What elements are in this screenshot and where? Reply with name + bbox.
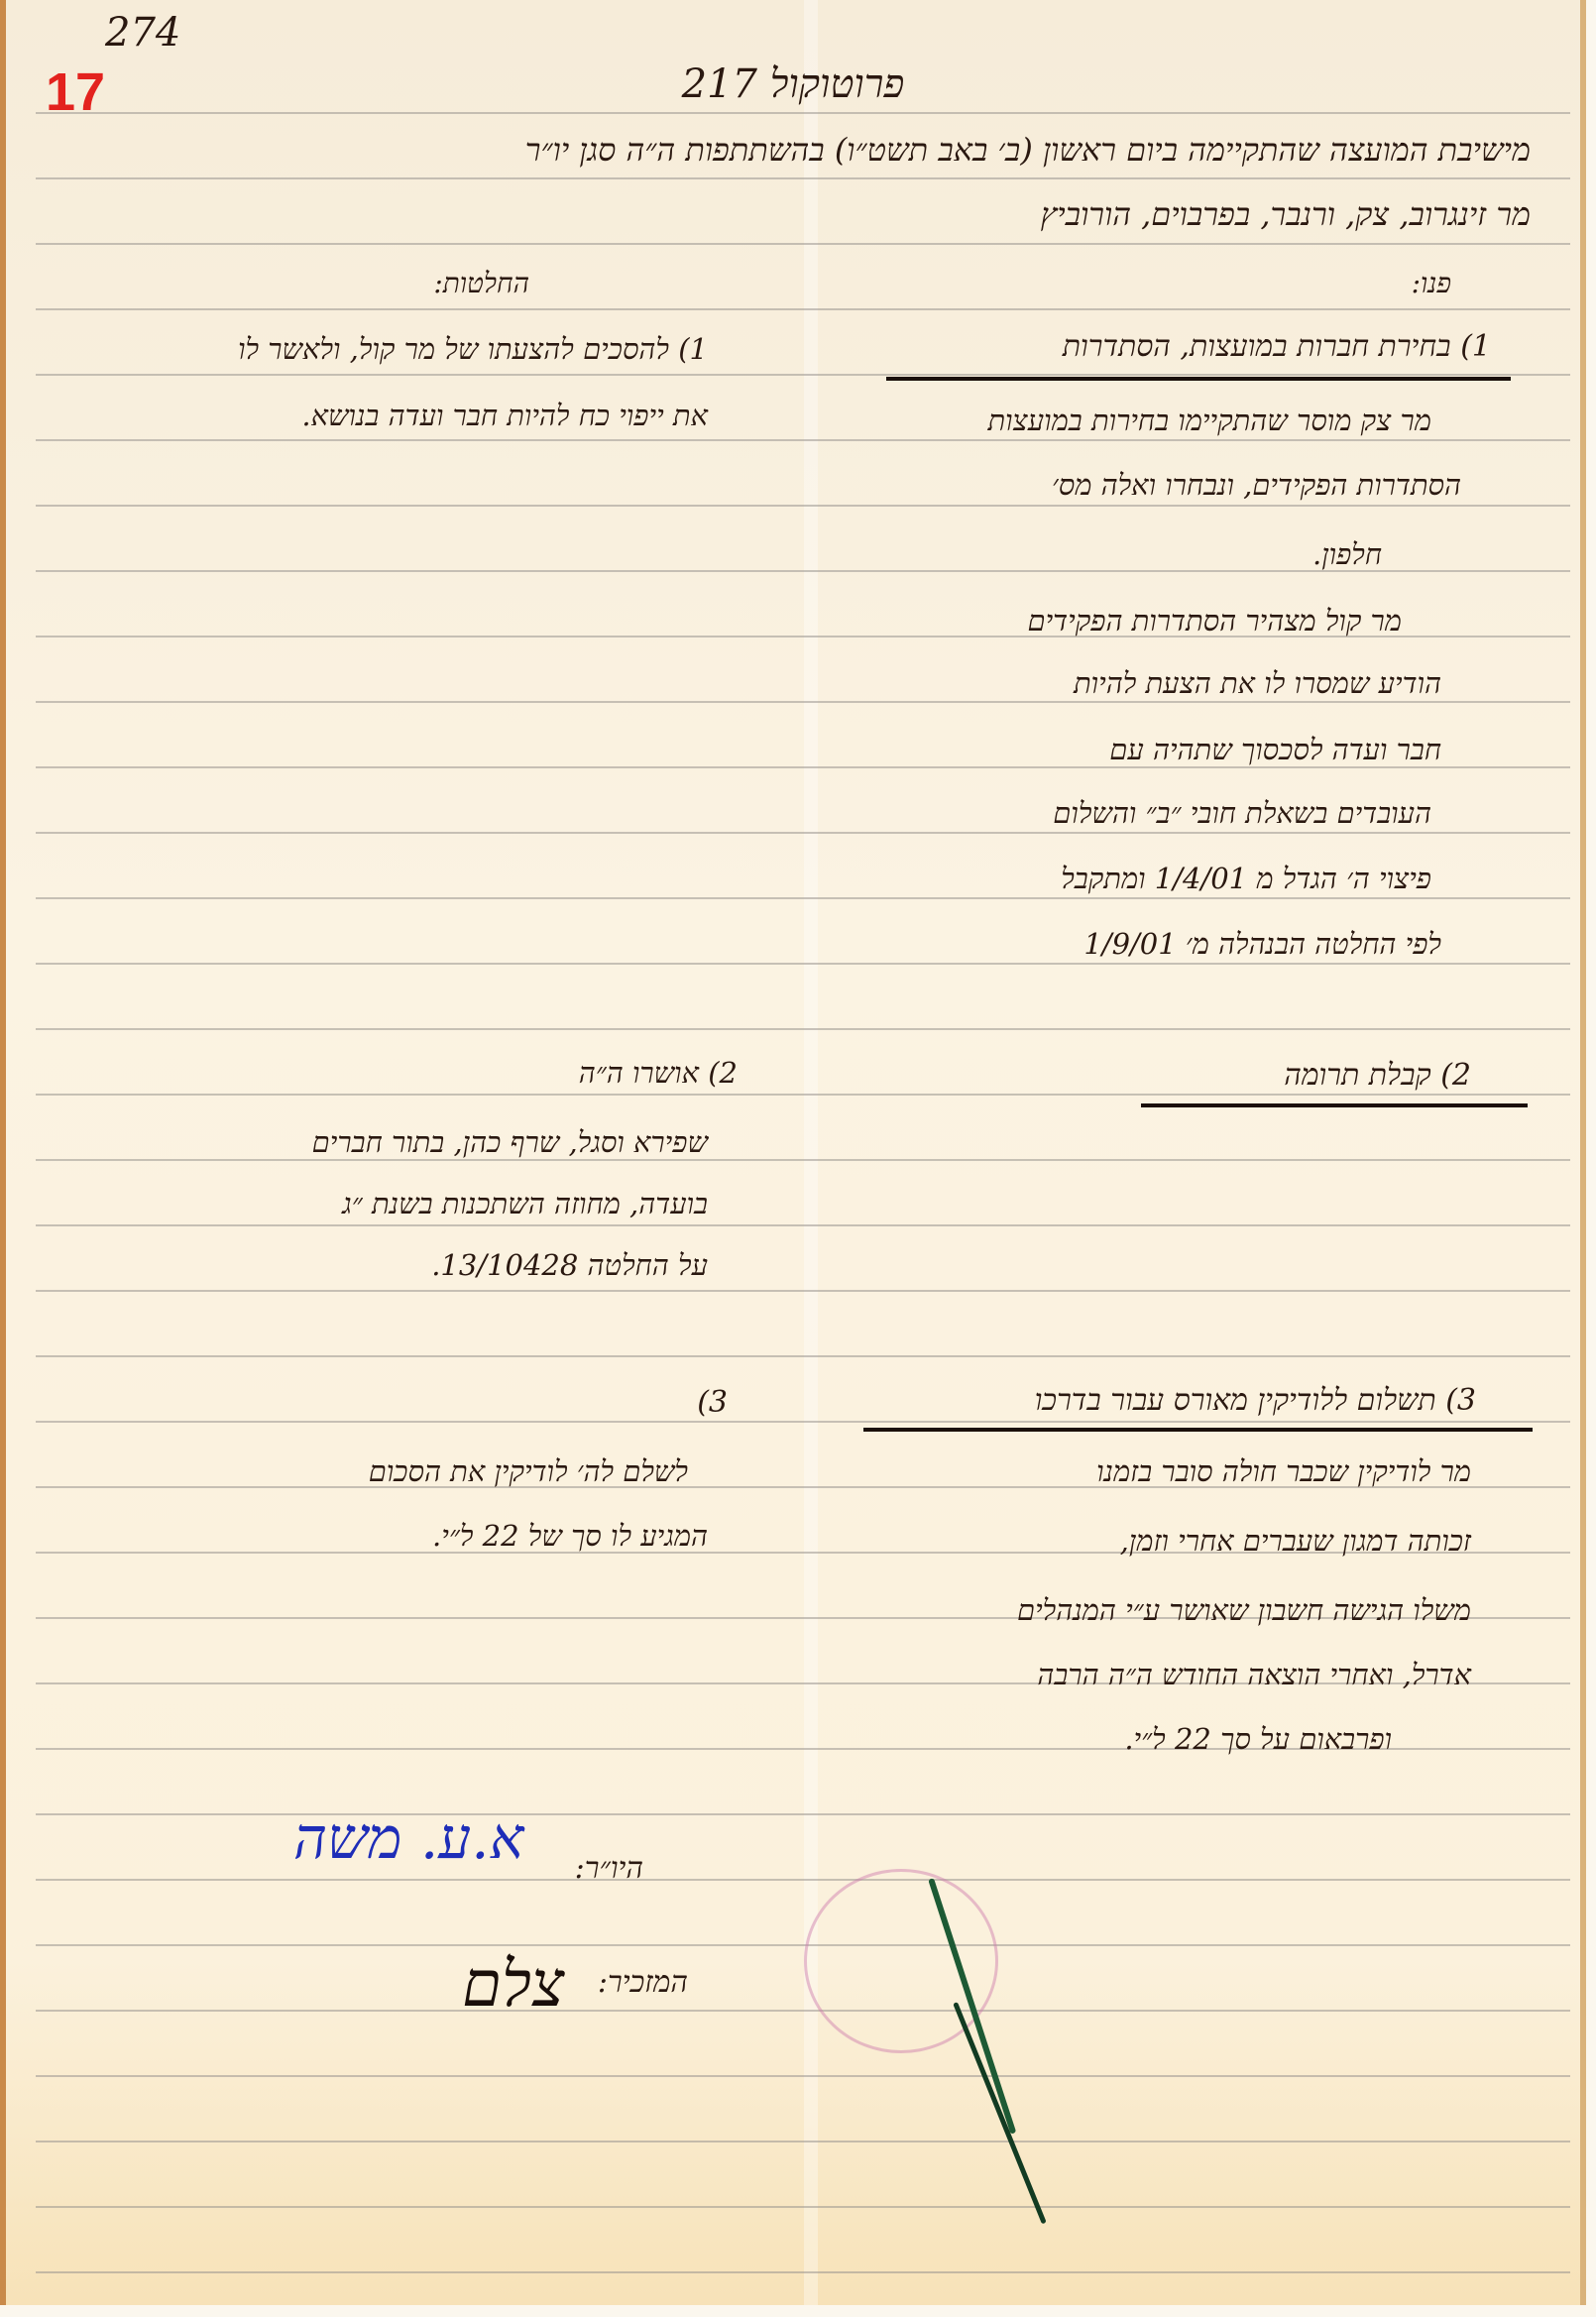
ruled-line bbox=[36, 832, 1570, 834]
protocol-title: פרוטוקול 217 bbox=[6, 64, 1580, 104]
decision-2-line: שפירא וסגל, שרף כהן, בתור חברים bbox=[312, 1128, 708, 1157]
discussion-1-line: מר צק מוסר שהתקיימו בחירות במועצות bbox=[987, 406, 1431, 435]
agenda-label: פנו: bbox=[1412, 270, 1451, 297]
discussion-1-line: הסתדרות הפקידים, ונבחרו ואלה מס׳ bbox=[1052, 471, 1461, 500]
discussion-3-line: משלו הגישה חשבון שאושר ע״י המנהלים bbox=[1017, 1596, 1471, 1625]
ruled-line bbox=[36, 1028, 1570, 1030]
heading-underline bbox=[1141, 1103, 1528, 1107]
chair-signature: א.ע. משה bbox=[293, 1804, 523, 1872]
discussion-1-line: לפי החלטה הבנהלה מ׳ 1/9/01 bbox=[1083, 930, 1441, 959]
discussion-3-heading: 3) תשלום ללודיקין מאורס עבור בדרכו bbox=[1035, 1386, 1476, 1416]
header-line-2: מר זינגרוב, צק, ורנבר, בפרבוים, הורוביץ bbox=[1041, 198, 1531, 230]
discussion-1-heading: 1) בחירת חברות במועצות, הסתדרות bbox=[1063, 332, 1491, 362]
discussion-1-line: פיצוי ה׳ הגדל מ 1/4/01 ומתקבל bbox=[1061, 865, 1431, 893]
ruled-line bbox=[36, 439, 1570, 441]
ruled-line bbox=[36, 505, 1570, 507]
ruled-line bbox=[36, 308, 1570, 310]
discussion-2-heading: 2) קבלת תרומה bbox=[1284, 1061, 1471, 1091]
discussion-3-line: ופרבאום על סך 22 ל״י. bbox=[1124, 1725, 1392, 1754]
ruled-line bbox=[36, 1944, 1570, 1946]
ruled-line bbox=[36, 1355, 1570, 1357]
ledger-page: 17 274 פרוטוקול 217 מישיבת המועצה שהתקיי… bbox=[0, 0, 1586, 2305]
secretary-signature: צלם bbox=[462, 1948, 564, 2022]
green-signature-stroke bbox=[953, 2002, 1047, 2224]
ruled-line bbox=[36, 2141, 1570, 2143]
secretary-label: המזכיר: bbox=[598, 1968, 688, 1998]
decision-2-line: בועדה, מחוזה השתכנות בשנת ״ג bbox=[342, 1190, 708, 1218]
decision-1: 1) להסכים להצעתו של מר קול, ולאשר לו bbox=[238, 335, 708, 364]
decision-1-line: את ייפוי כח להיות חבר ועדה בנושא. bbox=[301, 402, 708, 430]
discussion-3-line: זכותה דמגון שעברים אחרי וזמן, bbox=[1120, 1527, 1471, 1556]
ruled-line bbox=[36, 177, 1570, 179]
ruled-line bbox=[36, 963, 1570, 965]
ruled-line bbox=[36, 112, 1570, 114]
ruled-line bbox=[36, 243, 1570, 245]
decision-3-line: לשלם לה׳ לודיקין את הסכום bbox=[369, 1457, 688, 1486]
discussion-3-line: מר לודיקין שכבר חולה סובר בזמנו bbox=[1096, 1457, 1471, 1486]
ruled-line bbox=[36, 1290, 1570, 1292]
official-stamp bbox=[804, 1869, 998, 2053]
ruled-line bbox=[36, 2271, 1570, 2273]
decision-3-number: 3) bbox=[697, 1388, 728, 1418]
decision-2-line: על החלטה 13/10428. bbox=[431, 1251, 708, 1280]
discussion-1-line: הודיע שמסרו לו את הצעת להיות bbox=[1074, 669, 1441, 698]
ruled-line bbox=[36, 897, 1570, 899]
discussion-1-line: מר קול מצהיר הסתדרות הפקידים bbox=[1027, 607, 1402, 636]
heading-underline bbox=[863, 1428, 1533, 1432]
discussion-1-line: העובדים בשאלת חובי ״ב״ והשלום bbox=[1053, 799, 1431, 828]
ruled-line bbox=[36, 374, 1570, 376]
header-line-1: מישיבת המועצה שהתקיימה ביום ראשון (ב׳ בא… bbox=[525, 134, 1531, 166]
discussion-3-line: אדרל, ואחרי הוצאה החודש ה״ה הרבה bbox=[1037, 1661, 1471, 1689]
decisions-label: החלטות: bbox=[433, 270, 529, 297]
ruled-line bbox=[36, 1813, 1570, 1815]
ruled-line bbox=[36, 1159, 1570, 1161]
decision-3-line: המגיע לו סך של 22 ל״י. bbox=[432, 1522, 708, 1551]
chair-label: היו״ר: bbox=[575, 1854, 643, 1884]
decision-2: 2) אושרו ה״ה bbox=[579, 1059, 738, 1088]
ruled-line bbox=[36, 1094, 1570, 1096]
ruled-line bbox=[36, 701, 1570, 703]
ruled-line bbox=[36, 2075, 1570, 2077]
ruled-line bbox=[36, 2010, 1570, 2012]
ruled-line bbox=[36, 2206, 1570, 2208]
ruled-line bbox=[36, 1224, 1570, 1226]
discussion-1-line: חבר ועדה לסכסוך שתהיה עם bbox=[1109, 736, 1441, 764]
heading-underline bbox=[886, 377, 1511, 381]
discussion-1-line: חלפון. bbox=[1312, 540, 1382, 569]
ruled-line bbox=[36, 1421, 1570, 1423]
ruled-line bbox=[36, 766, 1570, 768]
ruled-line bbox=[36, 1879, 1570, 1881]
folio-number: 274 bbox=[105, 10, 180, 56]
